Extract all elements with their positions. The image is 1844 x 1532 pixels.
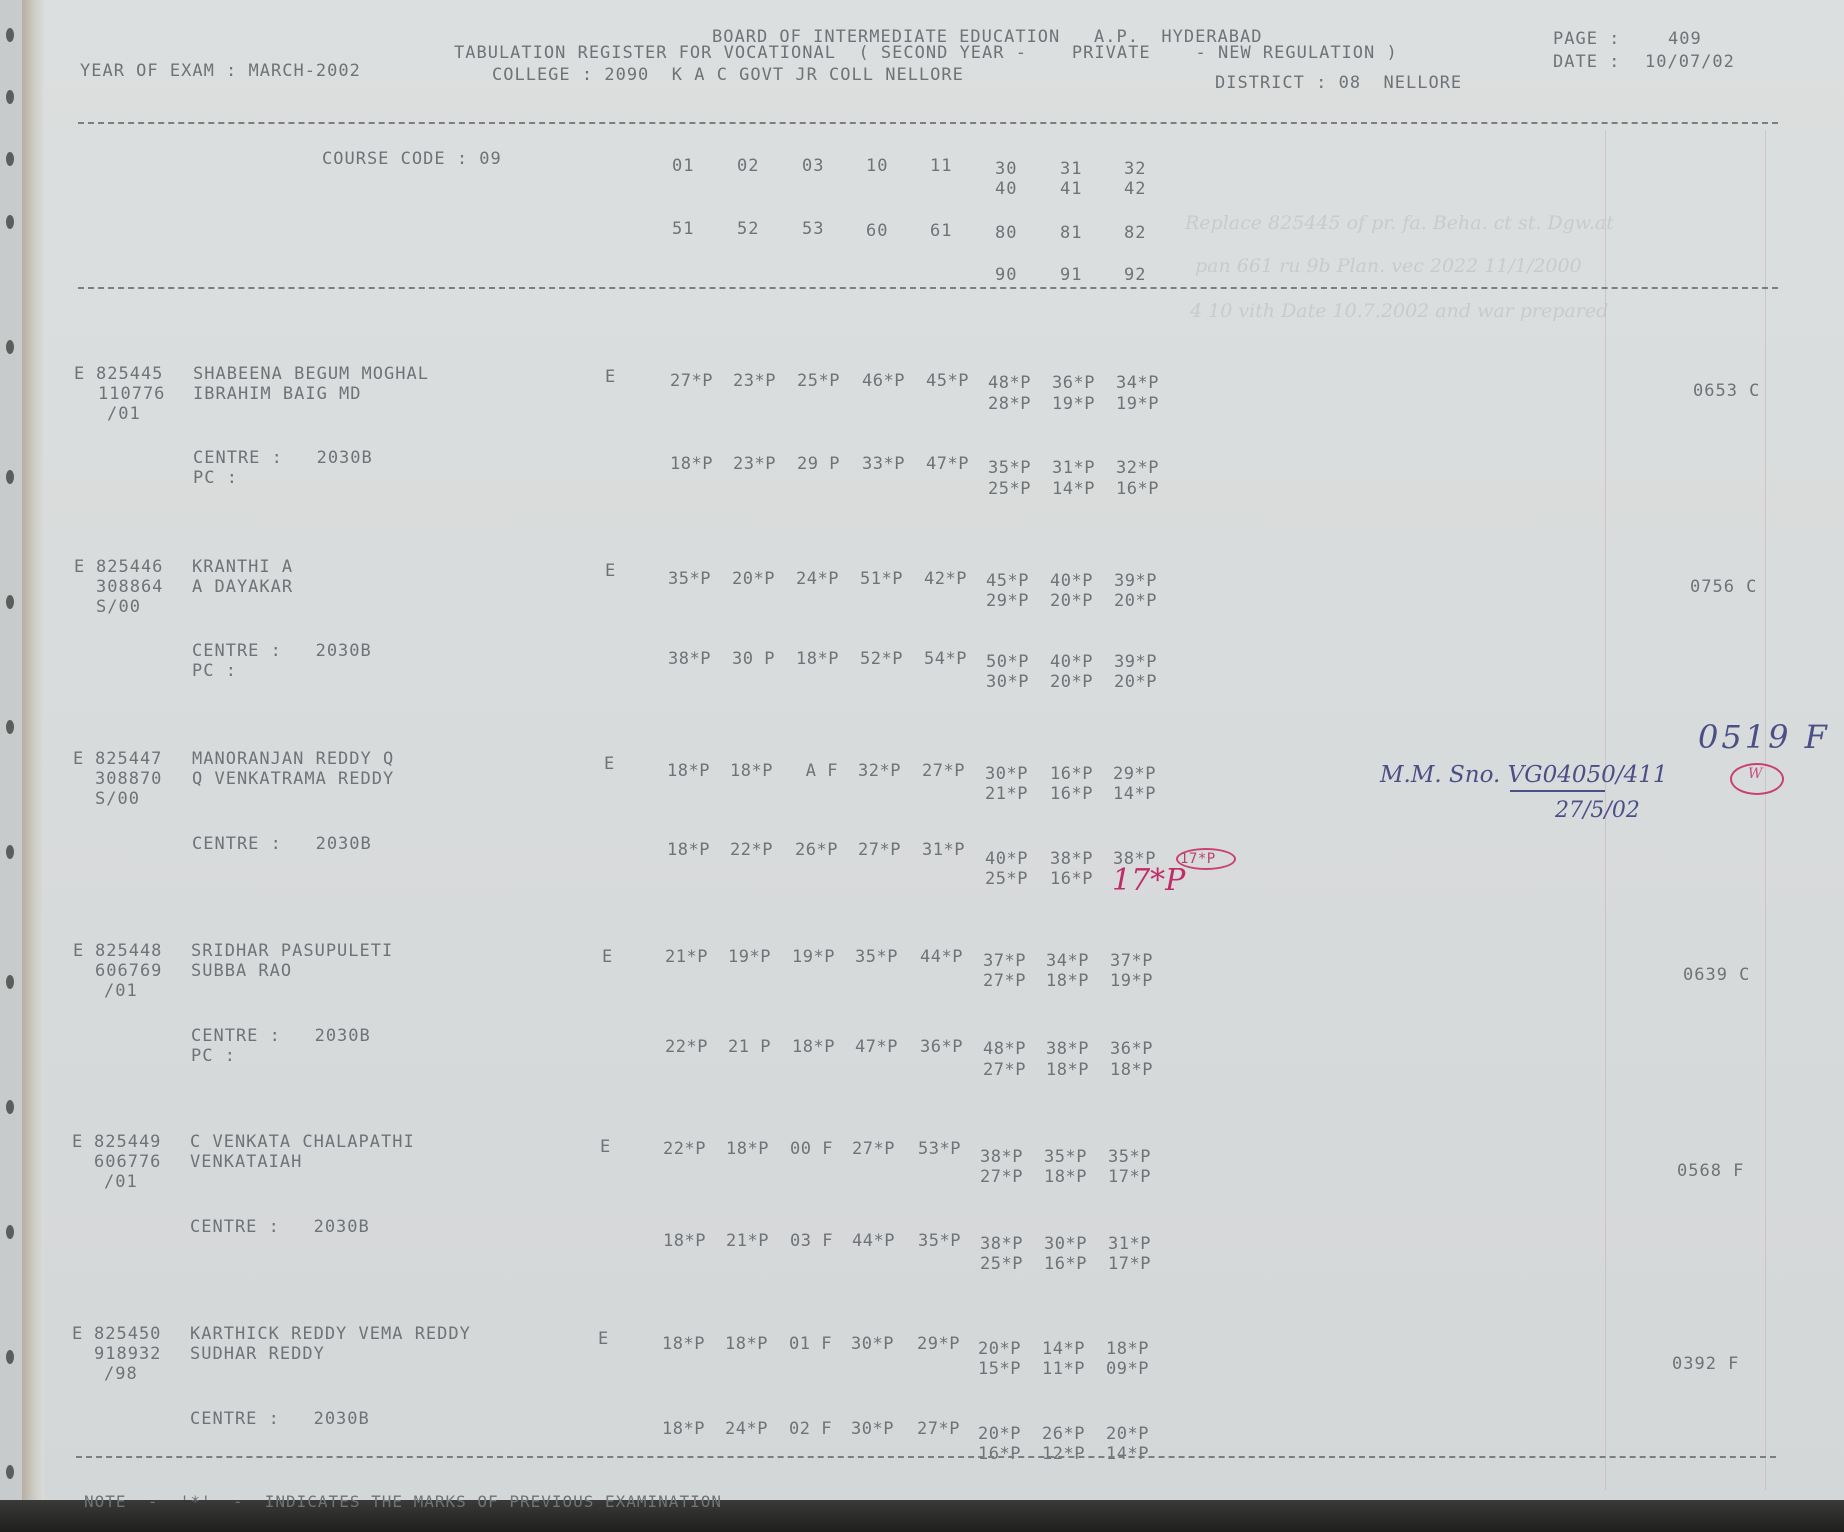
mark: 45*P	[926, 372, 969, 391]
mark: 18*P	[667, 841, 710, 860]
registration-number: 825448	[95, 942, 162, 961]
college-info: COLLEGE : 2090 K A C GOVT JR COLL NELLOR…	[492, 66, 964, 85]
mark: 22*P	[730, 841, 773, 860]
binding-hole	[6, 1100, 14, 1114]
record-prefix: E	[73, 942, 84, 961]
mark: 12*P	[1042, 1445, 1085, 1464]
mark: 20*P	[1114, 592, 1157, 611]
medium: E	[602, 948, 613, 967]
mark: 44*P	[852, 1232, 895, 1251]
mark: 35*P	[918, 1232, 961, 1251]
mark: 16*P	[1050, 870, 1093, 889]
subject-code: 80	[995, 224, 1017, 243]
registration-number: 825450	[94, 1325, 161, 1344]
mark: 30*P	[851, 1335, 894, 1354]
subject-code: 41	[1060, 180, 1082, 199]
mark: 20*P	[978, 1425, 1021, 1444]
mark: 18*P	[726, 1140, 769, 1159]
mark: 33*P	[862, 455, 905, 474]
parent-name: Q VENKATRAMA REDDY	[192, 770, 394, 789]
mark: A F	[795, 762, 838, 781]
mark: 18*P	[662, 1335, 705, 1354]
subject-code: 30	[995, 160, 1017, 179]
mark: 27*P	[983, 1061, 1026, 1080]
mark: 38*P	[980, 1148, 1023, 1167]
mark: 35*P	[988, 459, 1031, 478]
mark: 01 F	[789, 1335, 832, 1354]
mark: 38*P	[1050, 850, 1093, 869]
binding-edge	[22, 0, 44, 1505]
record-prefix: E	[74, 558, 85, 577]
mark: 26*P	[1042, 1425, 1085, 1444]
mark: 40*P	[985, 850, 1028, 869]
student-name: SRIDHAR PASUPULETI	[191, 942, 393, 961]
binding-hole	[6, 595, 14, 609]
parent-name: A DAYAKAR	[192, 578, 293, 597]
mark: 53*P	[918, 1140, 961, 1159]
centre-code: CENTRE : 2030B	[190, 1410, 370, 1429]
binding-hole	[6, 1465, 14, 1479]
mark: 34*P	[1116, 374, 1159, 393]
register-title: TABULATION REGISTER FOR VOCATIONAL ( SEC…	[454, 44, 1398, 63]
mark: 18*P	[663, 1232, 706, 1251]
mark: 17*P	[1108, 1255, 1151, 1274]
mark: 21*P	[665, 948, 708, 967]
subject-code: 60	[866, 222, 888, 241]
student-name: KRANTHI A	[192, 558, 293, 577]
id-suffix: /01	[104, 982, 138, 1001]
mark: 18*P	[667, 762, 710, 781]
mark: 21 P	[728, 1038, 771, 1057]
mark: 16*P	[1044, 1255, 1087, 1274]
record-prefix: E	[72, 1325, 83, 1344]
mark: 26*P	[795, 841, 838, 860]
mark: 18*P	[662, 1420, 705, 1439]
binding-hole	[6, 975, 14, 989]
mark: 27*P	[922, 762, 965, 781]
parent-name: VENKATAIAH	[190, 1153, 302, 1172]
handwritten-note: M.M. Sno. VG04050/411	[1380, 762, 1667, 788]
page-number: 409	[1668, 30, 1702, 49]
mark: 37*P	[1110, 952, 1153, 971]
student-id: 308870	[95, 770, 162, 789]
mark: 35*P	[1044, 1148, 1087, 1167]
mark: 20*P	[1050, 592, 1093, 611]
mark: 27*P	[852, 1140, 895, 1159]
parent-name: SUDHAR REDDY	[190, 1345, 325, 1364]
subject-code: 92	[1124, 266, 1146, 285]
student-id: 606769	[95, 962, 162, 981]
student-name: SHABEENA BEGUM MOGHAL	[193, 365, 429, 384]
subject-code: 82	[1124, 224, 1146, 243]
mark: 09*P	[1106, 1360, 1149, 1379]
total-result: 0568 F	[1677, 1162, 1744, 1181]
mark: 14*P	[1052, 480, 1095, 499]
mark: 18*P	[1106, 1340, 1149, 1359]
course-code-label: COURSE CODE : 09	[322, 150, 502, 169]
binding-hole	[6, 1350, 14, 1364]
mark: 16*P	[1050, 765, 1093, 784]
mark: 02 F	[789, 1420, 832, 1439]
student-id: 918932	[94, 1345, 161, 1364]
mark: 36*P	[920, 1038, 963, 1057]
mark: 38*P	[668, 650, 711, 669]
mark: 03 F	[790, 1232, 833, 1251]
binding-hole	[6, 720, 14, 734]
medium: E	[600, 1138, 611, 1157]
binding-hole	[6, 1225, 14, 1239]
mark: 20*P	[732, 570, 775, 589]
registration-number: 825449	[94, 1133, 161, 1152]
binding-hole	[6, 845, 14, 859]
mark: 18*P	[1046, 972, 1089, 991]
district-info: DISTRICT : 08 NELLORE	[1215, 74, 1462, 93]
mark: 18*P	[1046, 1061, 1089, 1080]
mark: 18*P	[730, 762, 773, 781]
mark: 46*P	[862, 372, 905, 391]
handwritten-underline	[1510, 790, 1605, 792]
subject-code: 53	[802, 220, 824, 239]
mark: 23*P	[733, 455, 776, 474]
mark: 21*P	[726, 1232, 769, 1251]
mark: 29 P	[797, 455, 840, 474]
mark: 19*P	[1116, 395, 1159, 414]
id-suffix: /98	[104, 1365, 138, 1384]
pc-label: PC :	[191, 1047, 236, 1066]
mark: 27*P	[980, 1168, 1023, 1187]
mark: 44*P	[920, 948, 963, 967]
binding-hole	[6, 215, 14, 229]
parent-name: SUBBA RAO	[191, 962, 292, 981]
mark: 29*P	[1113, 765, 1156, 784]
handwritten-date: 27/5/02	[1555, 798, 1640, 823]
medium: E	[605, 368, 616, 387]
mark: 14*P	[1042, 1340, 1085, 1359]
print-date: 10/07/02	[1645, 53, 1735, 72]
mark: 31*P	[1052, 459, 1095, 478]
centre-code: CENTRE : 2030B	[192, 835, 372, 854]
medium: E	[598, 1330, 609, 1349]
mark: 20*P	[1050, 673, 1093, 692]
student-id: 606776	[94, 1153, 161, 1172]
mark: 40*P	[1050, 653, 1093, 672]
pc-label: PC :	[192, 662, 237, 681]
student-id: 308864	[96, 578, 163, 597]
mark: 25*P	[985, 870, 1028, 889]
total-result: 0653 C	[1693, 382, 1760, 401]
mark: 38*P	[1046, 1040, 1089, 1059]
total-result: 0392 F	[1672, 1355, 1739, 1374]
year-of-exam: YEAR OF EXAM : MARCH-2002	[80, 62, 361, 81]
student-name: KARTHICK REDDY VEMA REDDY	[190, 1325, 471, 1344]
mark: 22*P	[665, 1038, 708, 1057]
centre-code: CENTRE : 2030B	[191, 1027, 371, 1046]
page-label: PAGE :	[1553, 30, 1620, 49]
total-result: 0639 C	[1683, 966, 1750, 985]
mark: 14*P	[1106, 1445, 1149, 1464]
mark: 19*P	[1052, 395, 1095, 414]
mark: 29*P	[986, 592, 1029, 611]
record-prefix: E	[73, 750, 84, 769]
mark: 19*P	[792, 948, 835, 967]
binding-hole	[6, 470, 14, 484]
mark: 25*P	[980, 1255, 1023, 1274]
mark: 37*P	[983, 952, 1026, 971]
dashed-divider	[76, 1456, 1776, 1458]
mark: 42*P	[924, 570, 967, 589]
mark: 19*P	[1110, 972, 1153, 991]
mark: 36*P	[1110, 1040, 1153, 1059]
mark: 25*P	[988, 480, 1031, 499]
mark: 20*P	[978, 1340, 1021, 1359]
mark: 20*P	[1106, 1425, 1149, 1444]
id-suffix: /01	[104, 1173, 138, 1192]
subject-code: 61	[930, 222, 952, 241]
mark: 18*P	[670, 455, 713, 474]
mark: 30*P	[1044, 1235, 1087, 1254]
mark: 35*P	[668, 570, 711, 589]
mark: 35*P	[1108, 1148, 1151, 1167]
mark: 35*P	[855, 948, 898, 967]
mark: 16*P	[978, 1445, 1021, 1464]
registration-number: 825447	[95, 750, 162, 769]
centre-code: CENTRE : 2030B	[190, 1218, 370, 1237]
record-prefix: E	[74, 365, 85, 384]
mark: 18*P	[792, 1038, 835, 1057]
mark: 22*P	[663, 1140, 706, 1159]
mark: 47*P	[926, 455, 969, 474]
mark: 34*P	[1046, 952, 1089, 971]
mark: 47*P	[855, 1038, 898, 1057]
mark: 38*P	[980, 1235, 1023, 1254]
mark: 19*P	[728, 948, 771, 967]
mark: 11*P	[1042, 1360, 1085, 1379]
subject-code: 02	[737, 157, 759, 176]
centre-code: CENTRE : 2030B	[192, 642, 372, 661]
mark: 24*P	[796, 570, 839, 589]
show-through-text: Replace 825445 of pr. fa. Beha. ct st. D…	[1185, 212, 1614, 234]
mark: 16*P	[1050, 785, 1093, 804]
mark: 27*P	[917, 1420, 960, 1439]
subject-code: 03	[802, 157, 824, 176]
mark: 30 P	[732, 650, 775, 669]
mark: 16*P	[1116, 480, 1159, 499]
footer-note: NOTE - '*' - INDICATES THE MARKS OF PREV…	[84, 1492, 722, 1511]
subject-code: 91	[1060, 266, 1082, 285]
mark: 39*P	[1114, 572, 1157, 591]
mark: 29*P	[917, 1335, 960, 1354]
show-through-text: pan 661 ru 9b Plan. vec 2022 11/1/2000	[1195, 255, 1582, 277]
id-suffix: S/00	[96, 598, 141, 617]
student-id: 110776	[98, 385, 165, 404]
mark: 14*P	[1113, 785, 1156, 804]
mark: 24*P	[725, 1420, 768, 1439]
mark: 27*P	[670, 372, 713, 391]
mark: 48*P	[988, 374, 1031, 393]
mark: 30*P	[851, 1420, 894, 1439]
subject-code: 10	[866, 157, 888, 176]
subject-code: 81	[1060, 224, 1082, 243]
mark: 23*P	[733, 372, 776, 391]
mark: 32*P	[858, 762, 901, 781]
handwritten-withheld-mark: W	[1748, 766, 1762, 782]
registration-number: 825445	[96, 365, 163, 384]
mark: 30*P	[985, 765, 1028, 784]
registration-number: 825446	[96, 558, 163, 577]
centre-code: CENTRE : 2030B	[193, 449, 373, 468]
subject-code: 51	[672, 220, 694, 239]
binding-hole	[6, 90, 14, 104]
mark: 32*P	[1116, 459, 1159, 478]
mark: 31*P	[1108, 1235, 1151, 1254]
subject-code: 11	[930, 157, 952, 176]
date-label: DATE :	[1553, 53, 1620, 72]
binding-hole	[6, 28, 14, 42]
subject-code: 31	[1060, 160, 1082, 179]
record-prefix: E	[72, 1133, 83, 1152]
total-result: 0756 C	[1690, 578, 1757, 597]
mark: 54*P	[924, 650, 967, 669]
handwritten-mark: 17*P	[1112, 863, 1185, 898]
subject-code: 42	[1124, 180, 1146, 199]
medium: E	[605, 562, 616, 581]
parent-name: IBRAHIM BAIG MD	[193, 385, 362, 404]
mark: 25*P	[797, 372, 840, 391]
mark: 21*P	[985, 785, 1028, 804]
mark: 27*P	[983, 972, 1026, 991]
medium: E	[604, 755, 615, 774]
mark: 31*P	[922, 841, 965, 860]
mark: 18*P	[1110, 1061, 1153, 1080]
mark: 27*P	[858, 841, 901, 860]
dashed-divider	[78, 287, 1778, 289]
mark: 51*P	[860, 570, 903, 589]
mark: 18*P	[725, 1335, 768, 1354]
mark: 00 F	[790, 1140, 833, 1159]
binding-hole	[6, 152, 14, 166]
id-suffix: /01	[107, 405, 141, 424]
mark: 39*P	[1114, 653, 1157, 672]
dashed-divider	[78, 122, 1778, 124]
mark: 17*P	[1108, 1168, 1151, 1187]
mark: 40*P	[1050, 572, 1093, 591]
mark: 18*P	[1044, 1168, 1087, 1187]
mark: 45*P	[986, 572, 1029, 591]
subject-code: 40	[995, 180, 1017, 199]
mark: 20*P	[1114, 673, 1157, 692]
subject-code: 52	[737, 220, 759, 239]
mark: 30*P	[986, 673, 1029, 692]
show-through-text: 4 10 vith Date 10.7.2002 and war prepare…	[1190, 300, 1608, 322]
pc-label: PC :	[193, 469, 238, 488]
subject-code: 90	[995, 266, 1017, 285]
subject-code: 32	[1124, 160, 1146, 179]
mark: 15*P	[978, 1360, 1021, 1379]
id-suffix: S/00	[95, 790, 140, 809]
student-name: C VENKATA CHALAPATHI	[190, 1133, 415, 1152]
mark: 36*P	[1052, 374, 1095, 393]
mark: 50*P	[986, 653, 1029, 672]
handwritten-total: 0519 F	[1698, 718, 1830, 756]
mark: 28*P	[988, 395, 1031, 414]
binding-hole	[6, 340, 14, 354]
mark: 52*P	[860, 650, 903, 669]
subject-code: 01	[672, 157, 694, 176]
mark: 48*P	[983, 1040, 1026, 1059]
mark: 18*P	[796, 650, 839, 669]
student-name: MANORANJAN REDDY Q	[192, 750, 394, 769]
column-rule	[1765, 130, 1766, 1490]
